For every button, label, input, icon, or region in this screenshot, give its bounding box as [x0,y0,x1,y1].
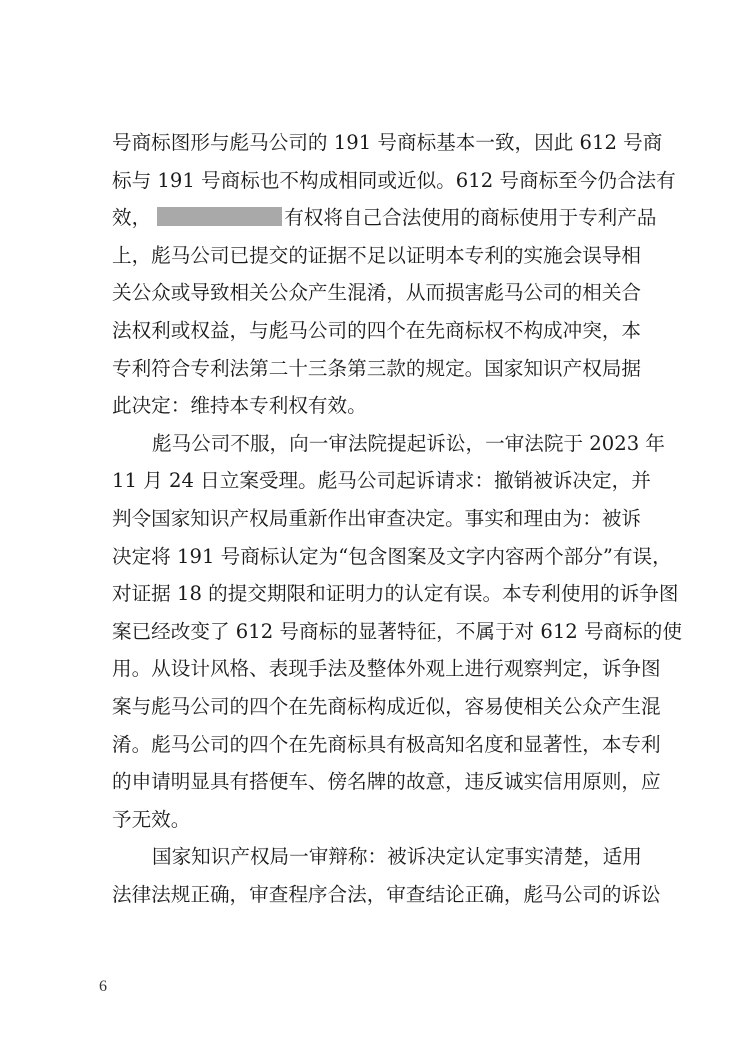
text-fragment: 效， [112,206,151,229]
paragraph-decision-continued: 号商标图形与彪马公司的 191 号商标基本一致，因此 612 号商 标与 191… [112,124,632,425]
paragraph-cnipa-defense: 国家知识产权局一审辩称：被诉决定认定事实清楚，适用 法律法规正确，审查程序合法，… [112,838,632,913]
text-line: 的申请明显具有搭便车、傍名牌的故意，违反诚实信用原则，应 [112,763,632,801]
text-line: 判令国家知识产权局重新作出审查决定。事实和理由为：被诉 [112,500,632,538]
text-line: 号商标图形与彪马公司的 191 号商标基本一致，因此 612 号商 [112,124,632,162]
text-line: 用。从设计风格、表现手法及整体外观上进行观察判定，诉争图 [112,650,632,688]
text-line-with-redaction: 效，有权将自己合法使用的商标使用于专利产品 [112,199,632,237]
text-line: 对证据 18 的提交期限和证明力的认定有误。本专利使用的诉争图 [112,575,632,613]
page-number: 6 [99,978,107,996]
document-page: 号商标图形与彪马公司的 191 号商标基本一致，因此 612 号商 标与 191… [0,0,750,1061]
document-body: 号商标图形与彪马公司的 191 号商标基本一致，因此 612 号商 标与 191… [112,124,632,913]
text-line: 法权利或权益，与彪马公司的四个在先商标权不构成冲突，本 [112,312,632,350]
text-line: 案已经改变了 612 号商标的显著特征，不属于对 612 号商标的使 [112,613,632,651]
text-line: 11 月 24 日立案受理。彪马公司起诉请求：撤销被诉决定，并 [112,462,632,500]
text-line: 标与 191 号商标也不构成相同或近似。612 号商标至今仍合法有 [112,162,632,200]
text-line: 淆。彪马公司的四个在先商标具有极高知名度和显著性，本专利 [112,726,632,764]
paragraph-puma-appeal: 彪马公司不服，向一审法院提起诉讼，一审法院于 2023 年 11 月 24 日立… [112,425,632,839]
text-line: 此决定：维持本专利权有效。 [112,387,632,425]
text-line: 案与彪马公司的四个在先商标构成近似，容易使相关公众产生混 [112,688,632,726]
text-line: 关公众或导致相关公众产生混淆，从而损害彪马公司的相关合 [112,274,632,312]
text-line: 予无效。 [112,801,632,839]
text-line: 上，彪马公司已提交的证据不足以证明本专利的实施会误导相 [112,237,632,275]
text-line: 国家知识产权局一审辩称：被诉决定认定事实清楚，适用 [112,838,632,876]
text-fragment: 有权将自己合法使用的商标使用于专利产品 [284,206,656,229]
text-line: 法律法规正确，审查程序合法，审查结论正确，彪马公司的诉讼 [112,876,632,914]
text-line: 彪马公司不服，向一审法院提起诉讼，一审法院于 2023 年 [112,425,632,463]
text-line: 决定将 191 号商标认定为“包含图案及文字内容两个部分”有误， [112,538,632,576]
redacted-party-name [157,207,282,226]
text-line: 专利符合专利法第二十三条第三款的规定。国家知识产权局据 [112,350,632,388]
